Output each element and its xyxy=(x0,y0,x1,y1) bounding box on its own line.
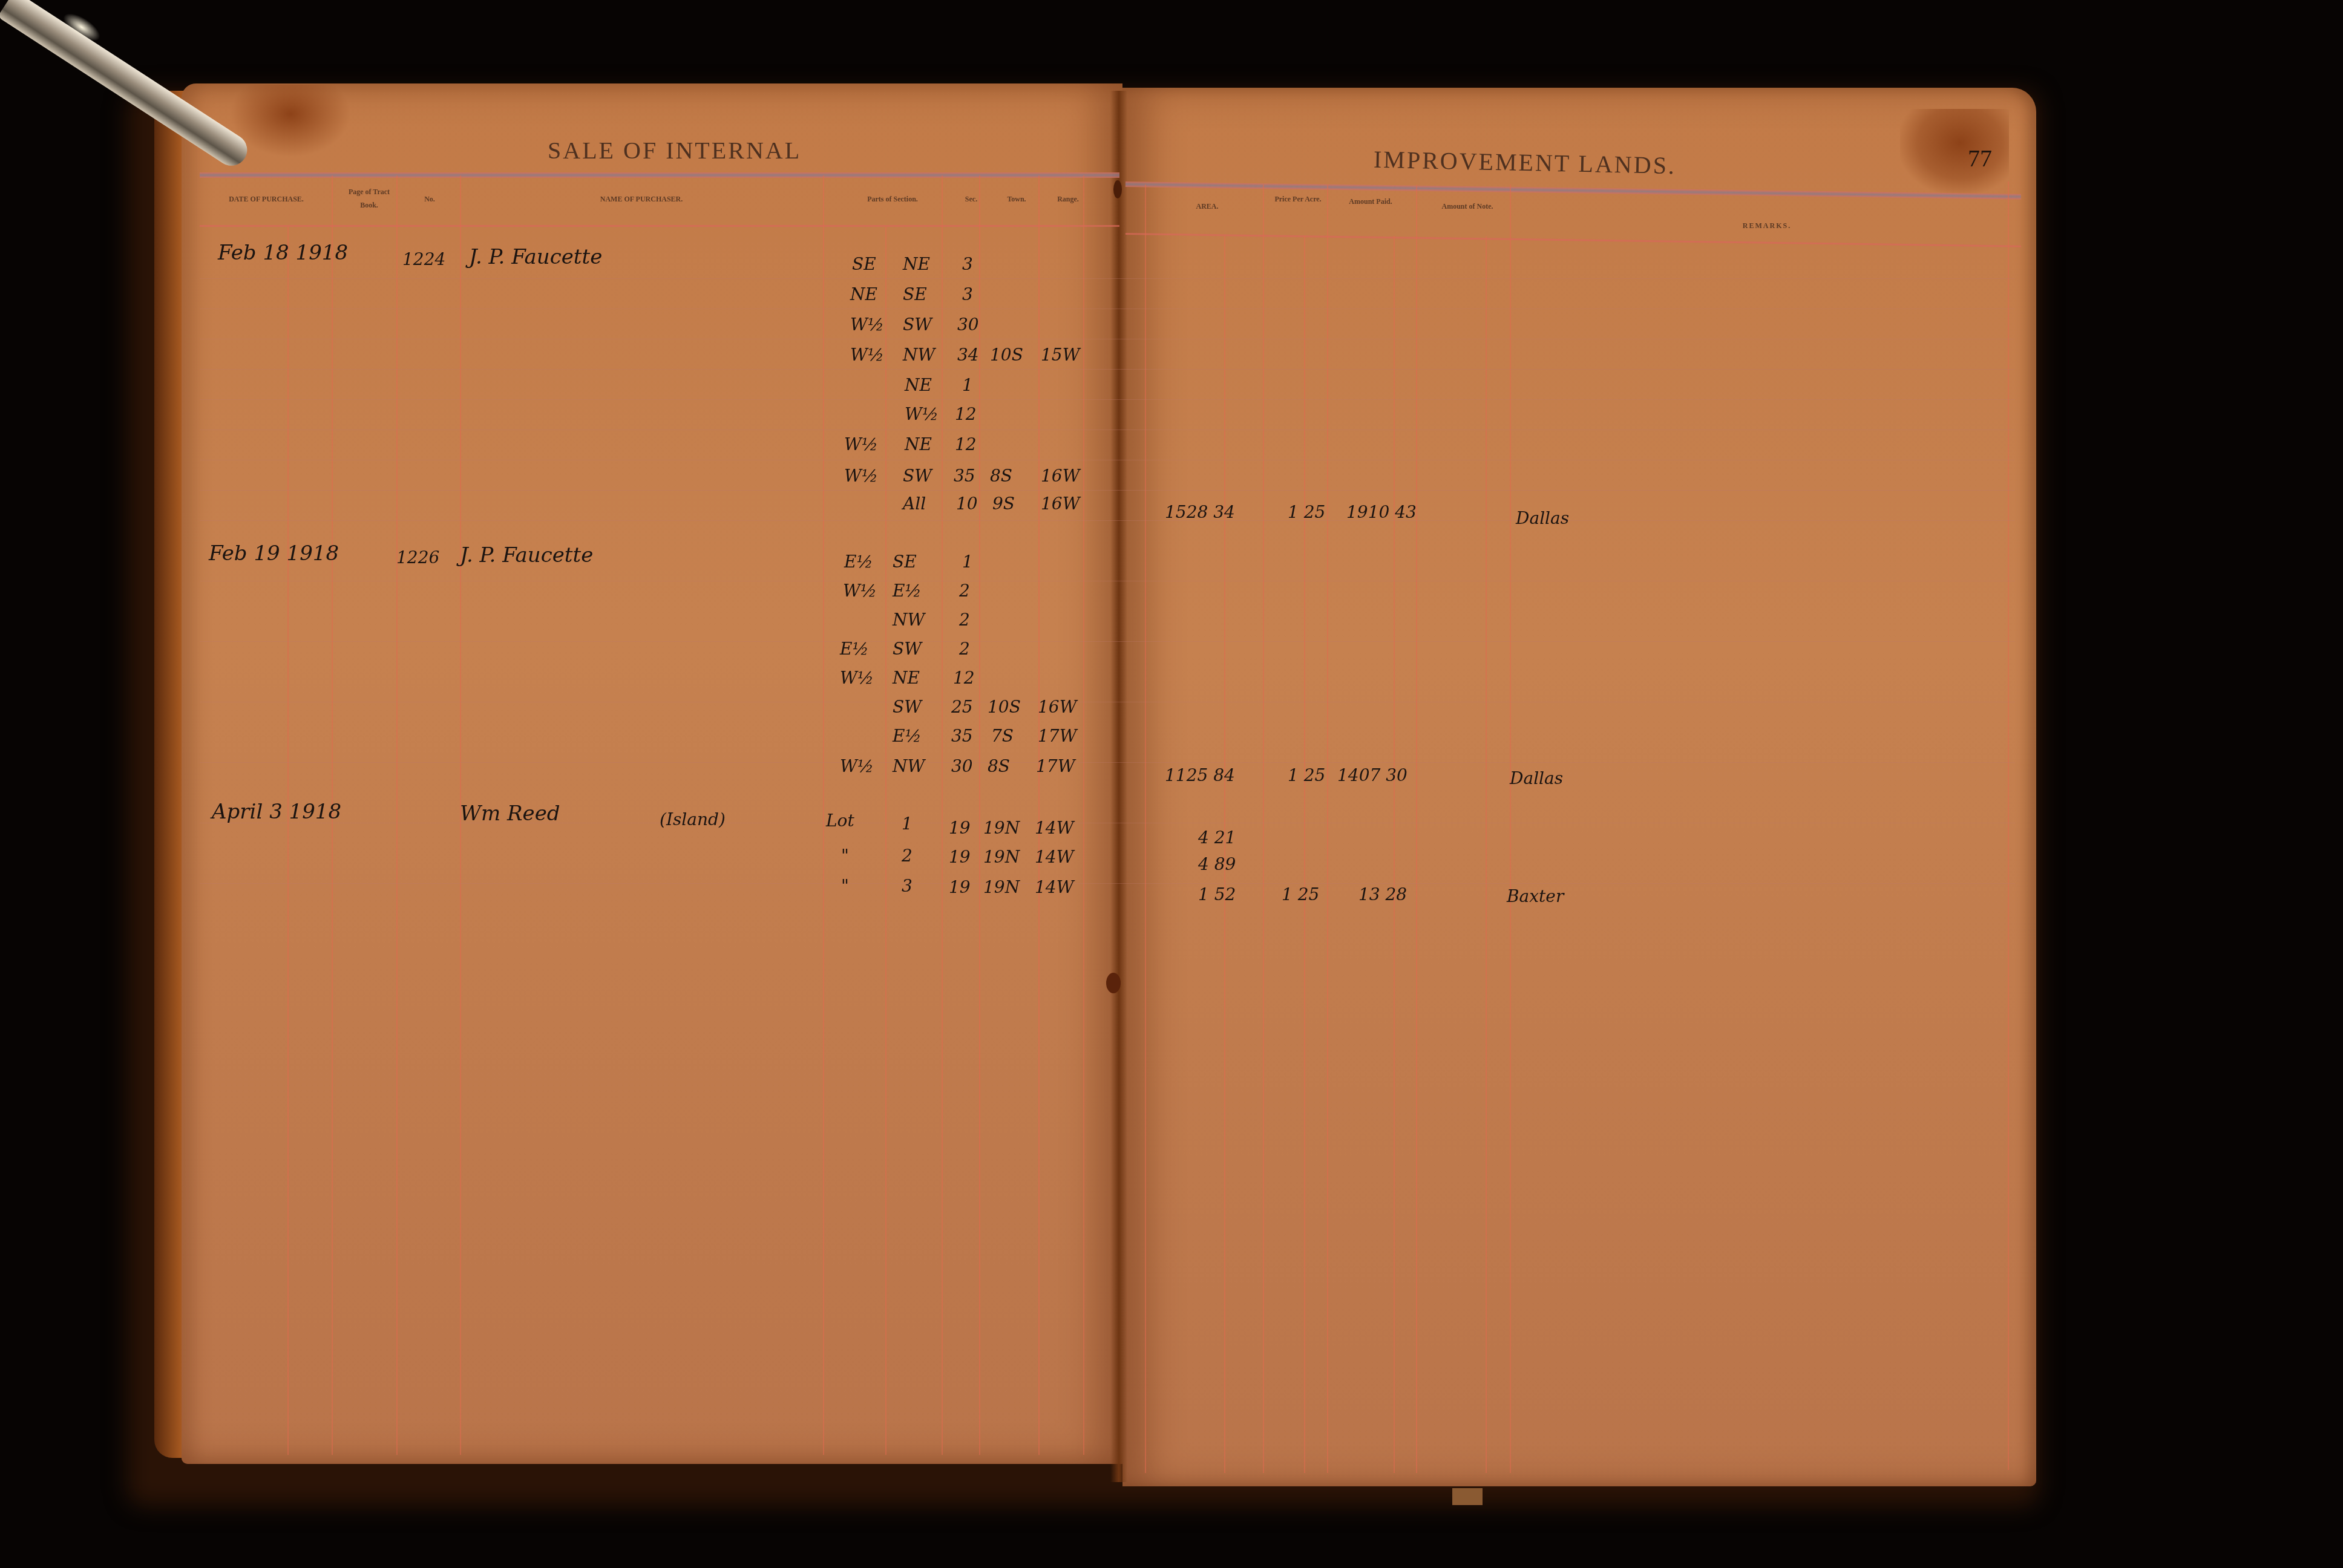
column-header-purchaser: NAME OF PURCHASER. xyxy=(460,192,823,206)
tract-part: NE xyxy=(905,434,932,454)
tract-range: 16W xyxy=(1041,466,1080,486)
tract-sec: 3 xyxy=(962,284,973,304)
tract-sec: 12 xyxy=(953,668,975,688)
tract-part: SW xyxy=(893,697,922,717)
column-rule xyxy=(823,175,824,1455)
column-header-area: AREA. xyxy=(1138,200,1277,213)
tract-part: 3 xyxy=(902,876,913,896)
tract-part: SW xyxy=(893,639,922,659)
tract-sec: 30 xyxy=(951,756,973,776)
left-page xyxy=(182,83,1122,1464)
tract-part: W½ xyxy=(850,345,884,365)
tract-area: 4 21 xyxy=(1198,828,1236,848)
entry-purchaser: J. P. Faucette xyxy=(469,245,602,269)
tract-part: W½ xyxy=(850,315,884,335)
tract-part: E½ xyxy=(893,726,922,746)
entry-remarks: Baxter xyxy=(1507,886,1564,906)
column-rule xyxy=(1083,175,1084,1455)
tract-part: 1 xyxy=(902,814,913,834)
tract-part: NE xyxy=(850,284,877,304)
column-header-tract-page: Page of Tract Book. xyxy=(339,185,399,212)
column-rule xyxy=(287,227,289,1455)
tract-town: 19N xyxy=(983,818,1020,838)
header-bottom-rule xyxy=(200,225,1119,227)
tract-part: All xyxy=(903,494,926,514)
tract-part: " xyxy=(841,876,849,896)
column-rule xyxy=(396,175,398,1455)
entry-date: Feb 18 1918 xyxy=(218,241,348,265)
tract-town: 10S xyxy=(988,697,1021,717)
tract-part: 2 xyxy=(902,846,913,866)
tract-range: 17W xyxy=(1036,756,1075,776)
row-rule xyxy=(200,883,2015,884)
stain xyxy=(1900,109,2009,194)
row-rule xyxy=(200,641,2015,642)
bookmark-tab xyxy=(1452,1488,1483,1505)
tract-part: SW xyxy=(903,315,932,335)
entry-amount-paid: 1910 43 xyxy=(1346,502,1417,522)
header-rule xyxy=(200,172,1119,178)
column-rule xyxy=(1145,185,1146,1473)
tract-sec: 2 xyxy=(959,581,970,601)
tract-part: E½ xyxy=(840,639,869,659)
tract-sec: 19 xyxy=(949,818,971,838)
column-rule xyxy=(1327,185,1328,1473)
tract-range: 14W xyxy=(1035,818,1073,838)
tract-part: W½ xyxy=(844,466,878,486)
tract-part: NW xyxy=(903,345,935,365)
column-header-range: Range. xyxy=(1044,192,1092,206)
row-rule xyxy=(200,702,2015,702)
entry-remarks: Dallas xyxy=(1516,508,1569,528)
entry-date: April 3 1918 xyxy=(212,800,341,824)
tract-part: SE xyxy=(893,552,917,572)
tract-sec: 3 xyxy=(962,254,973,274)
tract-part: W½ xyxy=(840,756,874,776)
entry-area: 1125 84 xyxy=(1165,765,1235,785)
entry-purchaser: J. P. Faucette xyxy=(460,543,593,567)
column-header-amount-note: Amount of Note. xyxy=(1416,200,1519,213)
row-rule xyxy=(200,369,2015,370)
tract-range: 14W xyxy=(1035,877,1073,897)
column-header-parts: Parts of Section. xyxy=(826,192,959,206)
row-rule xyxy=(200,309,2015,309)
entry-number: 1224 xyxy=(402,249,445,269)
tract-sec: 34 xyxy=(957,345,979,365)
entry-note: (Island) xyxy=(660,809,726,829)
entry-amount-paid: 13 28 xyxy=(1358,884,1407,904)
tract-sec: 35 xyxy=(951,726,973,746)
tract-part: NW xyxy=(893,756,925,776)
column-rule xyxy=(885,227,886,1455)
ink-blot xyxy=(1113,180,1122,198)
tract-part: E½ xyxy=(893,581,922,601)
column-rule xyxy=(1486,236,1487,1473)
tract-part: W½ xyxy=(905,404,939,424)
tract-sec: 12 xyxy=(955,404,977,424)
tract-sec: 2 xyxy=(959,610,970,630)
left-page-title: SALE OF INTERNAL xyxy=(548,136,801,165)
row-rule xyxy=(200,278,2015,279)
tract-sec: 19 xyxy=(949,847,971,867)
tract-range: 17W xyxy=(1038,726,1076,746)
column-rule xyxy=(1263,185,1264,1473)
right-page xyxy=(1122,88,2036,1486)
tract-town: 8S xyxy=(988,756,1010,776)
tract-range: 15W xyxy=(1041,345,1080,365)
tract-range: 16W xyxy=(1041,494,1080,514)
tract-part: NE xyxy=(893,668,920,688)
row-rule xyxy=(200,430,2015,430)
column-header-remarks: REMARKS. xyxy=(1634,219,1900,232)
tract-part: " xyxy=(841,846,849,866)
tract-town: 9S xyxy=(992,494,1015,514)
page-number: 77 xyxy=(1968,144,1992,172)
tract-part: SE xyxy=(903,284,927,304)
column-header-number: No. xyxy=(399,192,460,206)
tract-part: SE xyxy=(852,254,876,274)
column-rule xyxy=(1510,185,1511,1473)
entry-price: 1 25 xyxy=(1288,502,1325,522)
row-rule xyxy=(200,581,2015,581)
row-rule xyxy=(200,490,2015,491)
tract-part: W½ xyxy=(844,434,878,454)
entry-remarks: Dallas xyxy=(1510,768,1563,788)
tract-sec: 1 xyxy=(962,375,973,395)
column-rule xyxy=(1394,236,1395,1473)
tract-part: E½ xyxy=(844,552,873,572)
tract-part: W½ xyxy=(840,668,874,688)
column-rule xyxy=(1038,175,1040,1455)
book-gutter xyxy=(1110,91,1127,1482)
entry-date: Feb 19 1918 xyxy=(209,541,339,566)
tract-part: Lot xyxy=(826,811,854,831)
tract-part: SW xyxy=(903,466,932,486)
column-header-town: Town. xyxy=(992,192,1041,206)
tract-range: 14W xyxy=(1035,847,1073,867)
tract-sec: 2 xyxy=(959,639,970,659)
row-rule xyxy=(200,460,2015,460)
tract-part: NE xyxy=(903,254,930,274)
entry-amount-paid: 1407 30 xyxy=(1337,765,1407,785)
tract-sec: 10 xyxy=(956,494,978,514)
tract-sec: 12 xyxy=(955,434,977,454)
column-header-sec: Sec. xyxy=(950,192,992,206)
tract-town: 8S xyxy=(990,466,1012,486)
tract-town: 10S xyxy=(990,345,1023,365)
tract-town: 19N xyxy=(983,877,1020,897)
tract-sec: 25 xyxy=(951,697,973,717)
entry-area: 1 52 xyxy=(1198,884,1236,904)
tract-range: 16W xyxy=(1038,697,1076,717)
tract-part: NW xyxy=(893,610,925,630)
ink-blot xyxy=(1106,973,1121,993)
entry-number: 1226 xyxy=(396,547,439,567)
column-rule xyxy=(979,175,980,1455)
entry-area: 1528 34 xyxy=(1165,502,1235,522)
tract-part: NE xyxy=(905,375,932,395)
stain xyxy=(230,85,351,157)
entry-purchaser: Wm Reed xyxy=(460,802,560,826)
row-rule xyxy=(200,520,2015,521)
tract-sec: 19 xyxy=(949,877,971,897)
row-rule xyxy=(200,399,2015,400)
tract-sec: 30 xyxy=(957,315,979,335)
column-rule xyxy=(2008,181,2009,1470)
column-rule xyxy=(1416,185,1417,1473)
entry-price: 1 25 xyxy=(1282,884,1319,904)
row-rule xyxy=(200,339,2015,339)
row-rule xyxy=(200,762,2015,763)
entry-price: 1 25 xyxy=(1288,765,1325,785)
column-header-date: DATE OF PURCHASE. xyxy=(206,192,327,206)
tract-sec: 35 xyxy=(954,466,975,486)
column-header-price: Price Per Acre. xyxy=(1265,192,1331,206)
tract-town: 7S xyxy=(991,726,1014,746)
column-rule xyxy=(942,175,943,1455)
tract-sec: 1 xyxy=(962,552,973,572)
tract-part: W½ xyxy=(843,581,877,601)
tract-town: 19N xyxy=(983,847,1020,867)
tract-area: 4 89 xyxy=(1198,854,1236,874)
column-rule xyxy=(1304,236,1305,1473)
column-header-amount-paid: Amount Paid. xyxy=(1331,195,1410,208)
